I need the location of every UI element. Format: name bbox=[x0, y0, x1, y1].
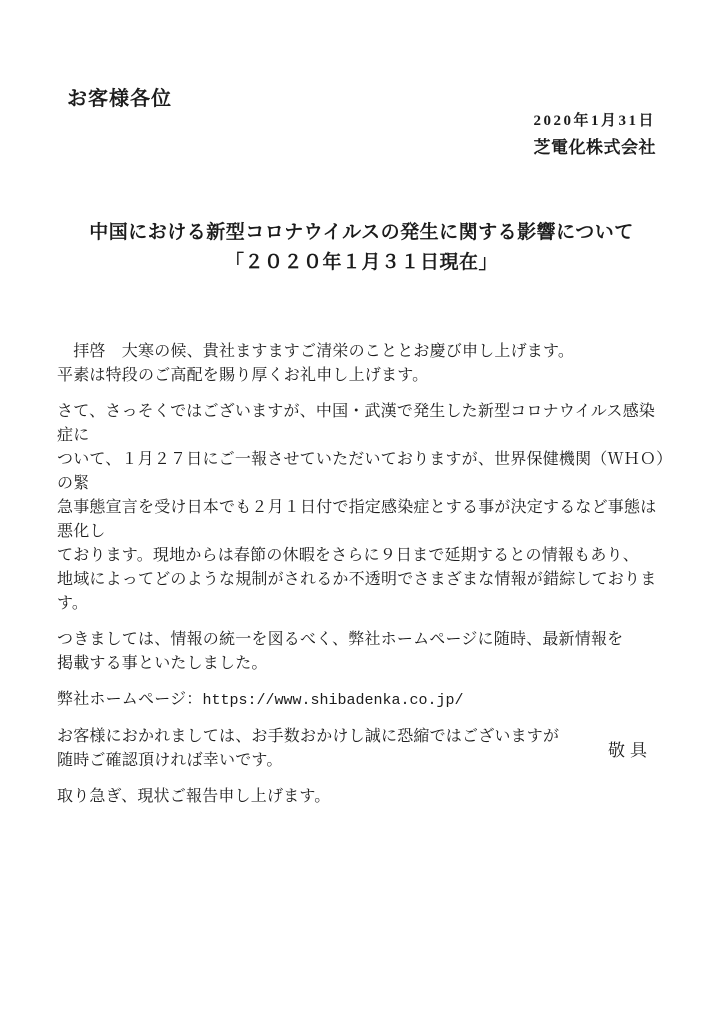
closing-word: 敬具 bbox=[608, 736, 652, 761]
title-line-2: 「２０２０年１月３１日現在」 bbox=[0, 248, 723, 278]
homepage-label: 弊社ホームページ： bbox=[57, 691, 202, 708]
title-line-1: 中国における新型コロナウイルスの発生に関する影響について bbox=[0, 218, 723, 248]
letter-title: 中国における新型コロナウイルスの発生に関する影響について 「２０２０年１月３１日… bbox=[0, 218, 723, 278]
letter-meta: 2020年1月31日 芝電化株式会社 bbox=[533, 108, 656, 161]
date-line: 2020年1月31日 bbox=[533, 108, 656, 134]
paragraph-greeting: 拝啓 大寒の候、貴社ますますご清栄のこととお慶び申し上げます。 平素は特段のご高… bbox=[57, 340, 671, 388]
company-name: 芝電化株式会社 bbox=[533, 134, 656, 161]
paragraph-closing-remark: 取り急ぎ、現状ご報告申し上げます。 bbox=[57, 785, 671, 809]
recipient-line: お客様各位 bbox=[67, 82, 172, 111]
homepage-url: https://www.shibadenka.co.jp/ bbox=[202, 692, 463, 709]
paragraph-situation: さて、さっそくではございますが、中国・武漢で発生した新型コロナウイルス感染症に … bbox=[57, 400, 671, 616]
paragraph-policy: つきましては、情報の統一を図るべく、弊社ホームページに随時、最新情報を 掲載する… bbox=[57, 628, 671, 676]
letter-document: お客様各位 2020年1月31日 芝電化株式会社 中国における新型コロナウイルス… bbox=[0, 0, 723, 1024]
letter-body: 拝啓 大寒の候、貴社ますますご清栄のこととお慶び申し上げます。 平素は特段のご高… bbox=[57, 340, 671, 821]
paragraph-request: お客様におかれましては、お手数おかけし誠に恐縮ではございますが 随時ご確認頂けれ… bbox=[57, 725, 671, 773]
homepage-line: 弊社ホームページ：https://www.shibadenka.co.jp/ bbox=[57, 688, 671, 713]
